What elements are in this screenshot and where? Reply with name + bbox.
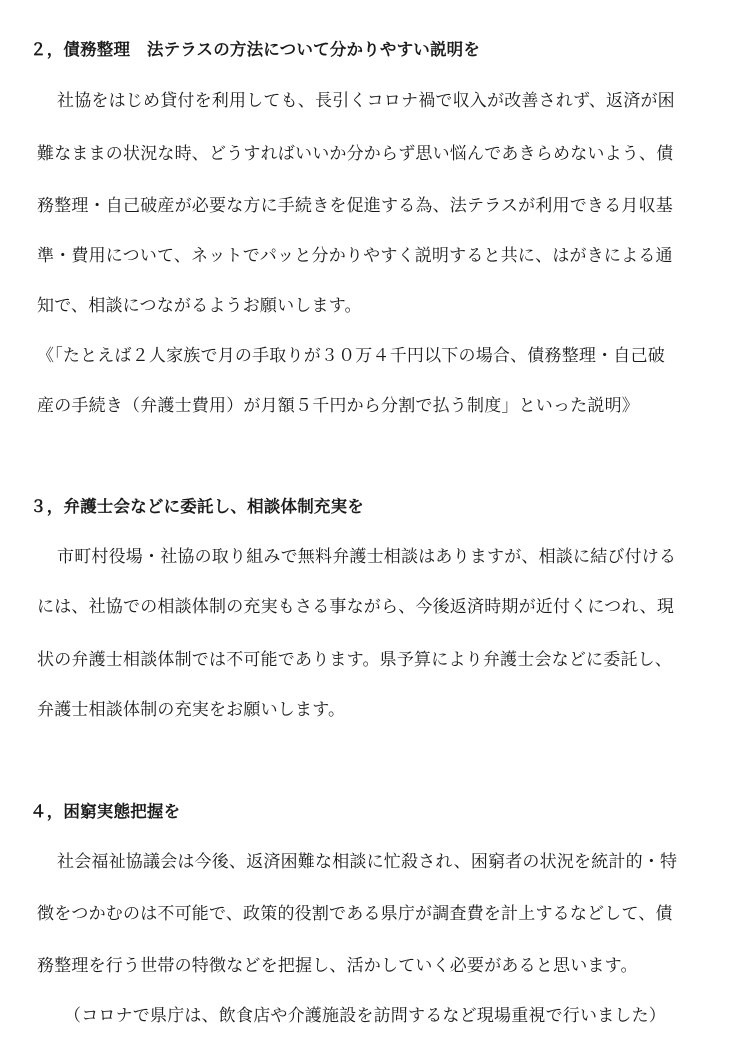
paragraph-line: には、社協での相談体制の充実もさる事ながら、今後返済時期が近付くにつれ、現 — [37, 596, 674, 618]
paragraph-line: 弁護士相談体制の充実をお願いします。 — [37, 699, 345, 721]
paragraph-line: 社会福祉協議会は今後、返済困難な相談に忙殺され、困窮者の状況を統計的・特 — [57, 851, 677, 873]
paragraph-line: 準・費用について、ネットでパッと分かりやすく説明すると共に、はがきによる通 — [37, 245, 673, 267]
paragraph-line: 難なままの状況な時、どうすればいいか分からず思い悩んであきらめないよう、債 — [37, 143, 673, 165]
section-heading: ３，弁護士会などに委託し、相談体制充実を — [30, 496, 364, 518]
example-quote-line: 産の手続き（弁護士費用）が月額５千円から分割で払う制度」といった説明》 — [37, 395, 639, 417]
example-quote-line: 《「たとえば２人家族で月の手取りが３０万４千円以下の場合、債務整理・自己破 — [37, 345, 665, 367]
parenthetical-note: （コロナで県庁は、飲食店や介護施設を訪問するなど現場重視で行いました） — [64, 1005, 666, 1027]
paragraph-line: 社協をはじめ貸付を利用しても、長引くコロナ禍で収入が改善されず、返済が困 — [57, 90, 675, 112]
paragraph-line: 知で、相談につながるようお願いします。 — [37, 295, 362, 317]
section-heading: ２，債務整理 法テラスの方法について分かりやすい説明を — [30, 39, 480, 61]
paragraph-line: 徴をつかむのは不可能で、政策的役割である県庁が調査費を計上するなどして、債 — [37, 903, 673, 925]
section-heading: ４，困窮実態把握を — [30, 801, 180, 823]
paragraph-line: 務整理・自己破産が必要な方に手続きを促進する為、法テラスが利用できる月収基 — [37, 195, 673, 217]
paragraph-line: 務整理を行う世帯の特徴などを把握し、活かしていく必要があると思います。 — [37, 955, 638, 977]
paragraph-line: 状の弁護士相談体制では不可能であります。県予算により弁護士会などに委託し、 — [37, 649, 672, 671]
paragraph-line: 市町村役場・社協の取り組みで無料弁護士相談はありますが、相談に結び付ける — [57, 546, 676, 568]
